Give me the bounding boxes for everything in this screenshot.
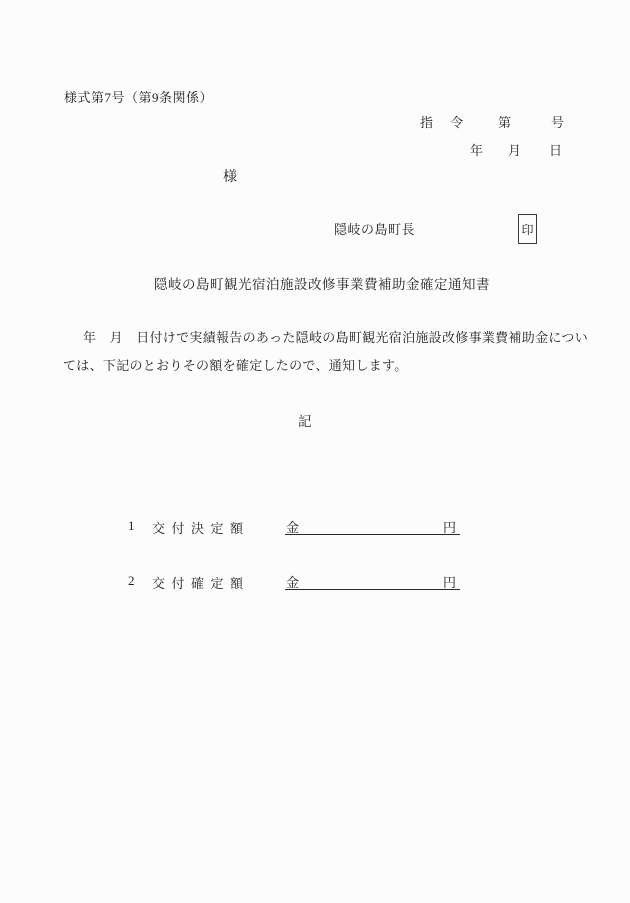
directive-number-prefix: 第 [498, 112, 511, 131]
directive-word: 指 令 [420, 112, 470, 131]
currency-suffix: 円 [443, 517, 456, 534]
body-paragraph-line2: ては、下記のとおりその額を確定したので、通知します。 [63, 355, 408, 374]
seal-box: 印 [518, 214, 537, 244]
date-month-label: 月 [508, 140, 521, 159]
sender-name: 隠岐の島町長 [334, 219, 415, 238]
amount-blank-field: 金 円 [285, 572, 460, 590]
seal-label: 印 [521, 221, 533, 238]
item-row-grant-determination: 2 交付確定額 金 円 [0, 573, 630, 593]
directive-number-suffix: 号 [551, 112, 564, 131]
item-row-grant-decision: 1 交付決定額 金 円 [0, 518, 630, 538]
body-paragraph-line1: 年 月 日付けで実績報告のあった隠岐の島町観光宿泊施設改修事業費補助金につい [63, 327, 588, 346]
amount-blank-field: 金 円 [285, 517, 460, 535]
item-label: 交付決定額 [152, 518, 250, 537]
date-day-label: 日 [549, 140, 562, 159]
currency-prefix: 金 [286, 517, 299, 534]
document-page: 様式第7号（第9条関係） 指 令 第 号 年 月 日 様 隠岐の島町長 印 隠岐… [0, 0, 630, 903]
addressee-honorific: 様 [223, 166, 237, 186]
item-number: 2 [128, 573, 135, 589]
form-number: 様式第7号（第9条関係） [64, 87, 213, 106]
document-title: 隠岐の島町観光宿泊施設改修事業費補助金確定通知書 [0, 273, 630, 293]
item-number: 1 [128, 518, 135, 534]
record-heading: 記 [298, 410, 312, 430]
currency-prefix: 金 [286, 572, 299, 589]
item-label: 交付確定額 [152, 573, 250, 592]
date-year-label: 年 [470, 140, 483, 159]
currency-suffix: 円 [443, 572, 456, 589]
